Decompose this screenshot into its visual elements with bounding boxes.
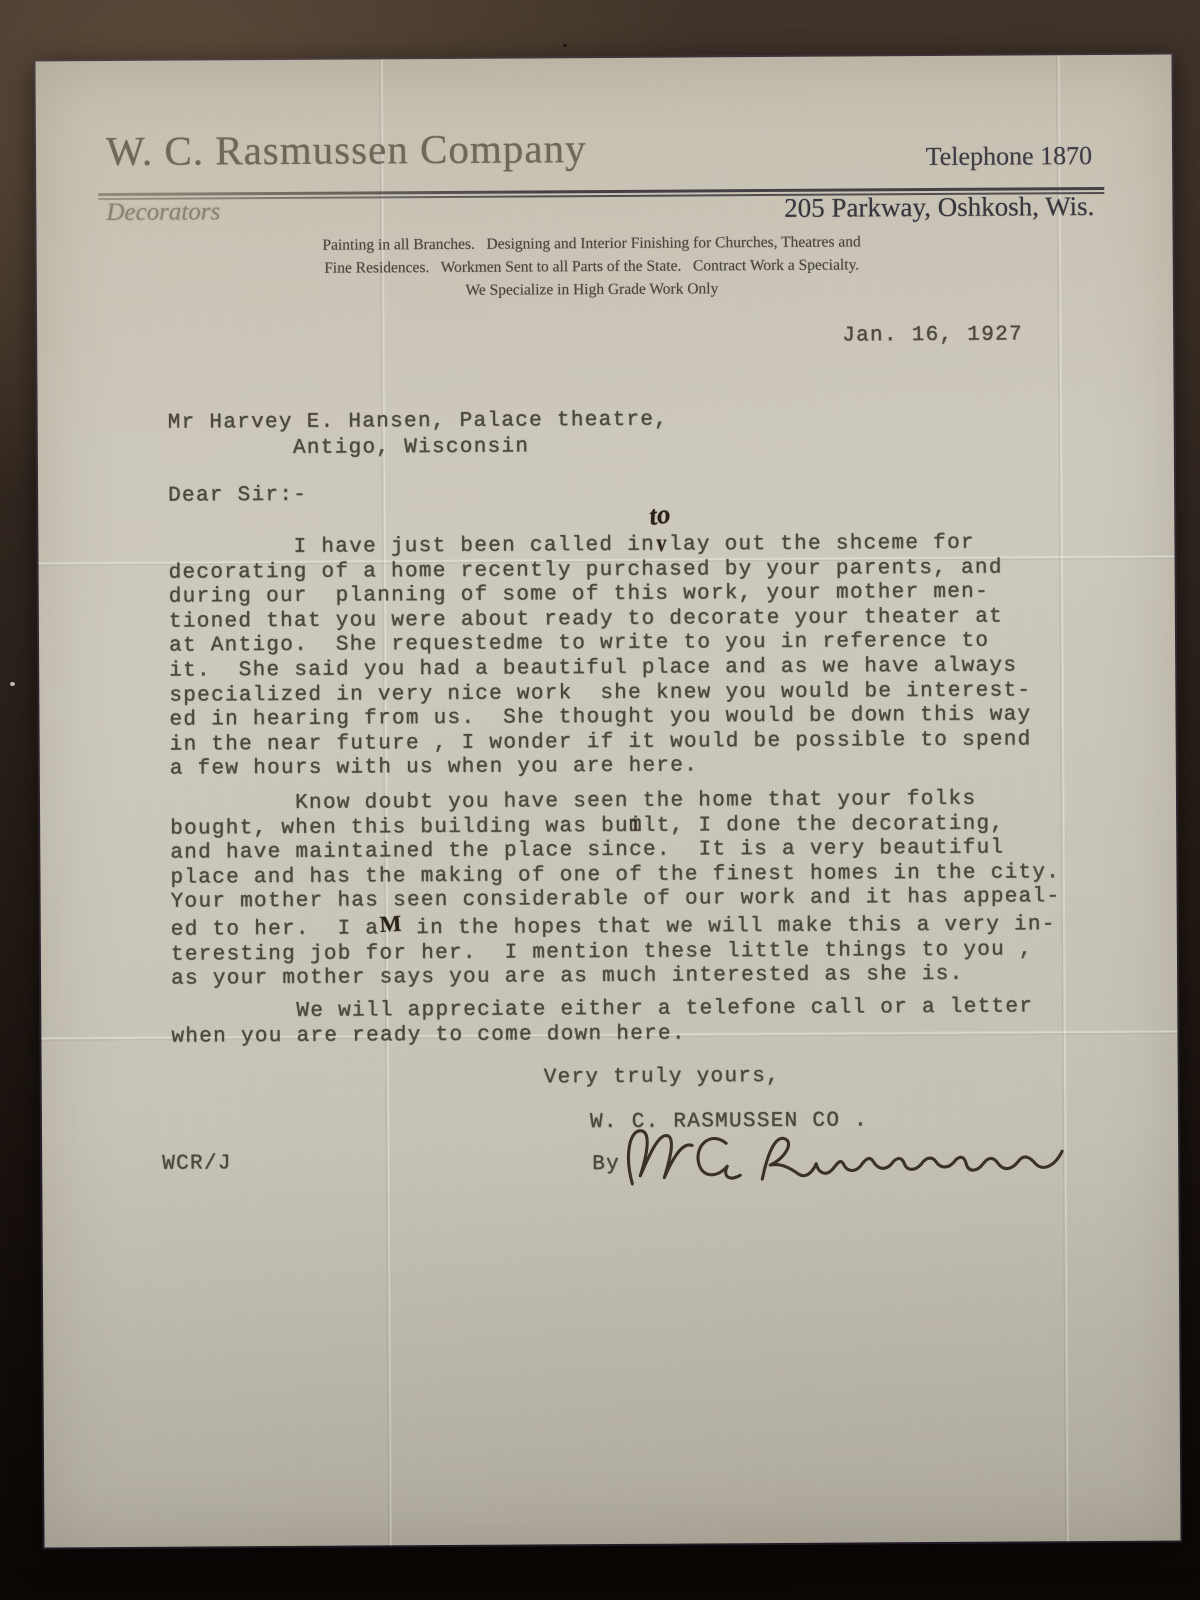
handwritten-insertion: to [647,500,671,529]
dust-speck [10,682,15,686]
trade-label: Decorators [106,198,220,227]
paragraph-3: We will appreciate either a telefone cal… [171,995,1033,1049]
body-line: We will appreciate either a telefone cal… [171,995,1033,1025]
signature-autograph [614,1111,1067,1212]
body-line: We Specialize in High Grade Work Only [117,275,1067,304]
recipient-block: Mr Harvey E. Hansen, Palace theatre, Ant… [168,408,669,462]
date-line: Jan. 16, 1927 [842,323,1023,349]
closing-line: Very truly yours, [544,1065,780,1091]
reference-initials: WCR/J [162,1152,232,1177]
photo-background: W. C. Rasmussen Company Telephone 1870 D… [0,0,1200,1600]
typed-text: lay out the shceme for [669,532,975,557]
handwritten-correction: M [379,912,403,938]
typed-text: ed to her. I a [171,917,380,941]
company-address: 205 Parkway, Oshkosh, Wis. [784,191,1094,224]
company-name: W. C. Rasmussen Company [106,124,587,175]
overstrike-text: m [629,813,643,838]
paragraph-1: I have just been called invtolay out the… [168,529,1031,782]
typed-text: I have just been called in [168,534,655,560]
body-line: a few hours with us when you are here. [170,753,1032,783]
letterhead-taglines: Painting in all Branches. Designing and … [117,229,1067,304]
body-line: Mr Harvey E. Hansen, Palace theatre, [168,408,669,437]
paragraph-2-lines: teresting job for her. I mention these l… [171,938,1061,993]
paragraph-2: Know doubt you have seen the home that y… [170,787,1061,992]
insertion-caret: v [656,528,668,559]
salutation: Dear Sir:- [168,484,307,509]
body-line: Antigo, Wisconsin [168,433,669,462]
typed-text: bought, when this building was bu [170,814,629,840]
paragraph-1-lines: decorating of a home recently purchased … [169,556,1032,783]
typed-text: in the hopes that we will make this a ve… [402,913,1056,940]
overstruck-character: im [629,814,643,839]
body-line: when you are ready to come down here. [171,1020,1033,1050]
body-line: as your mother says you are as much inte… [171,962,1061,992]
signature-stroke [628,1128,1062,1184]
letter-paper: W. C. Rasmussen Company Telephone 1870 D… [35,55,1180,1548]
typed-text: lt, I done the decorating, [643,812,1005,837]
paragraph-2-lines: and have maintained the place since. It … [170,836,1060,915]
telephone-number: Telephone 1870 [926,141,1093,172]
dust-speck [563,44,567,47]
insertion-point: vto [655,532,669,559]
